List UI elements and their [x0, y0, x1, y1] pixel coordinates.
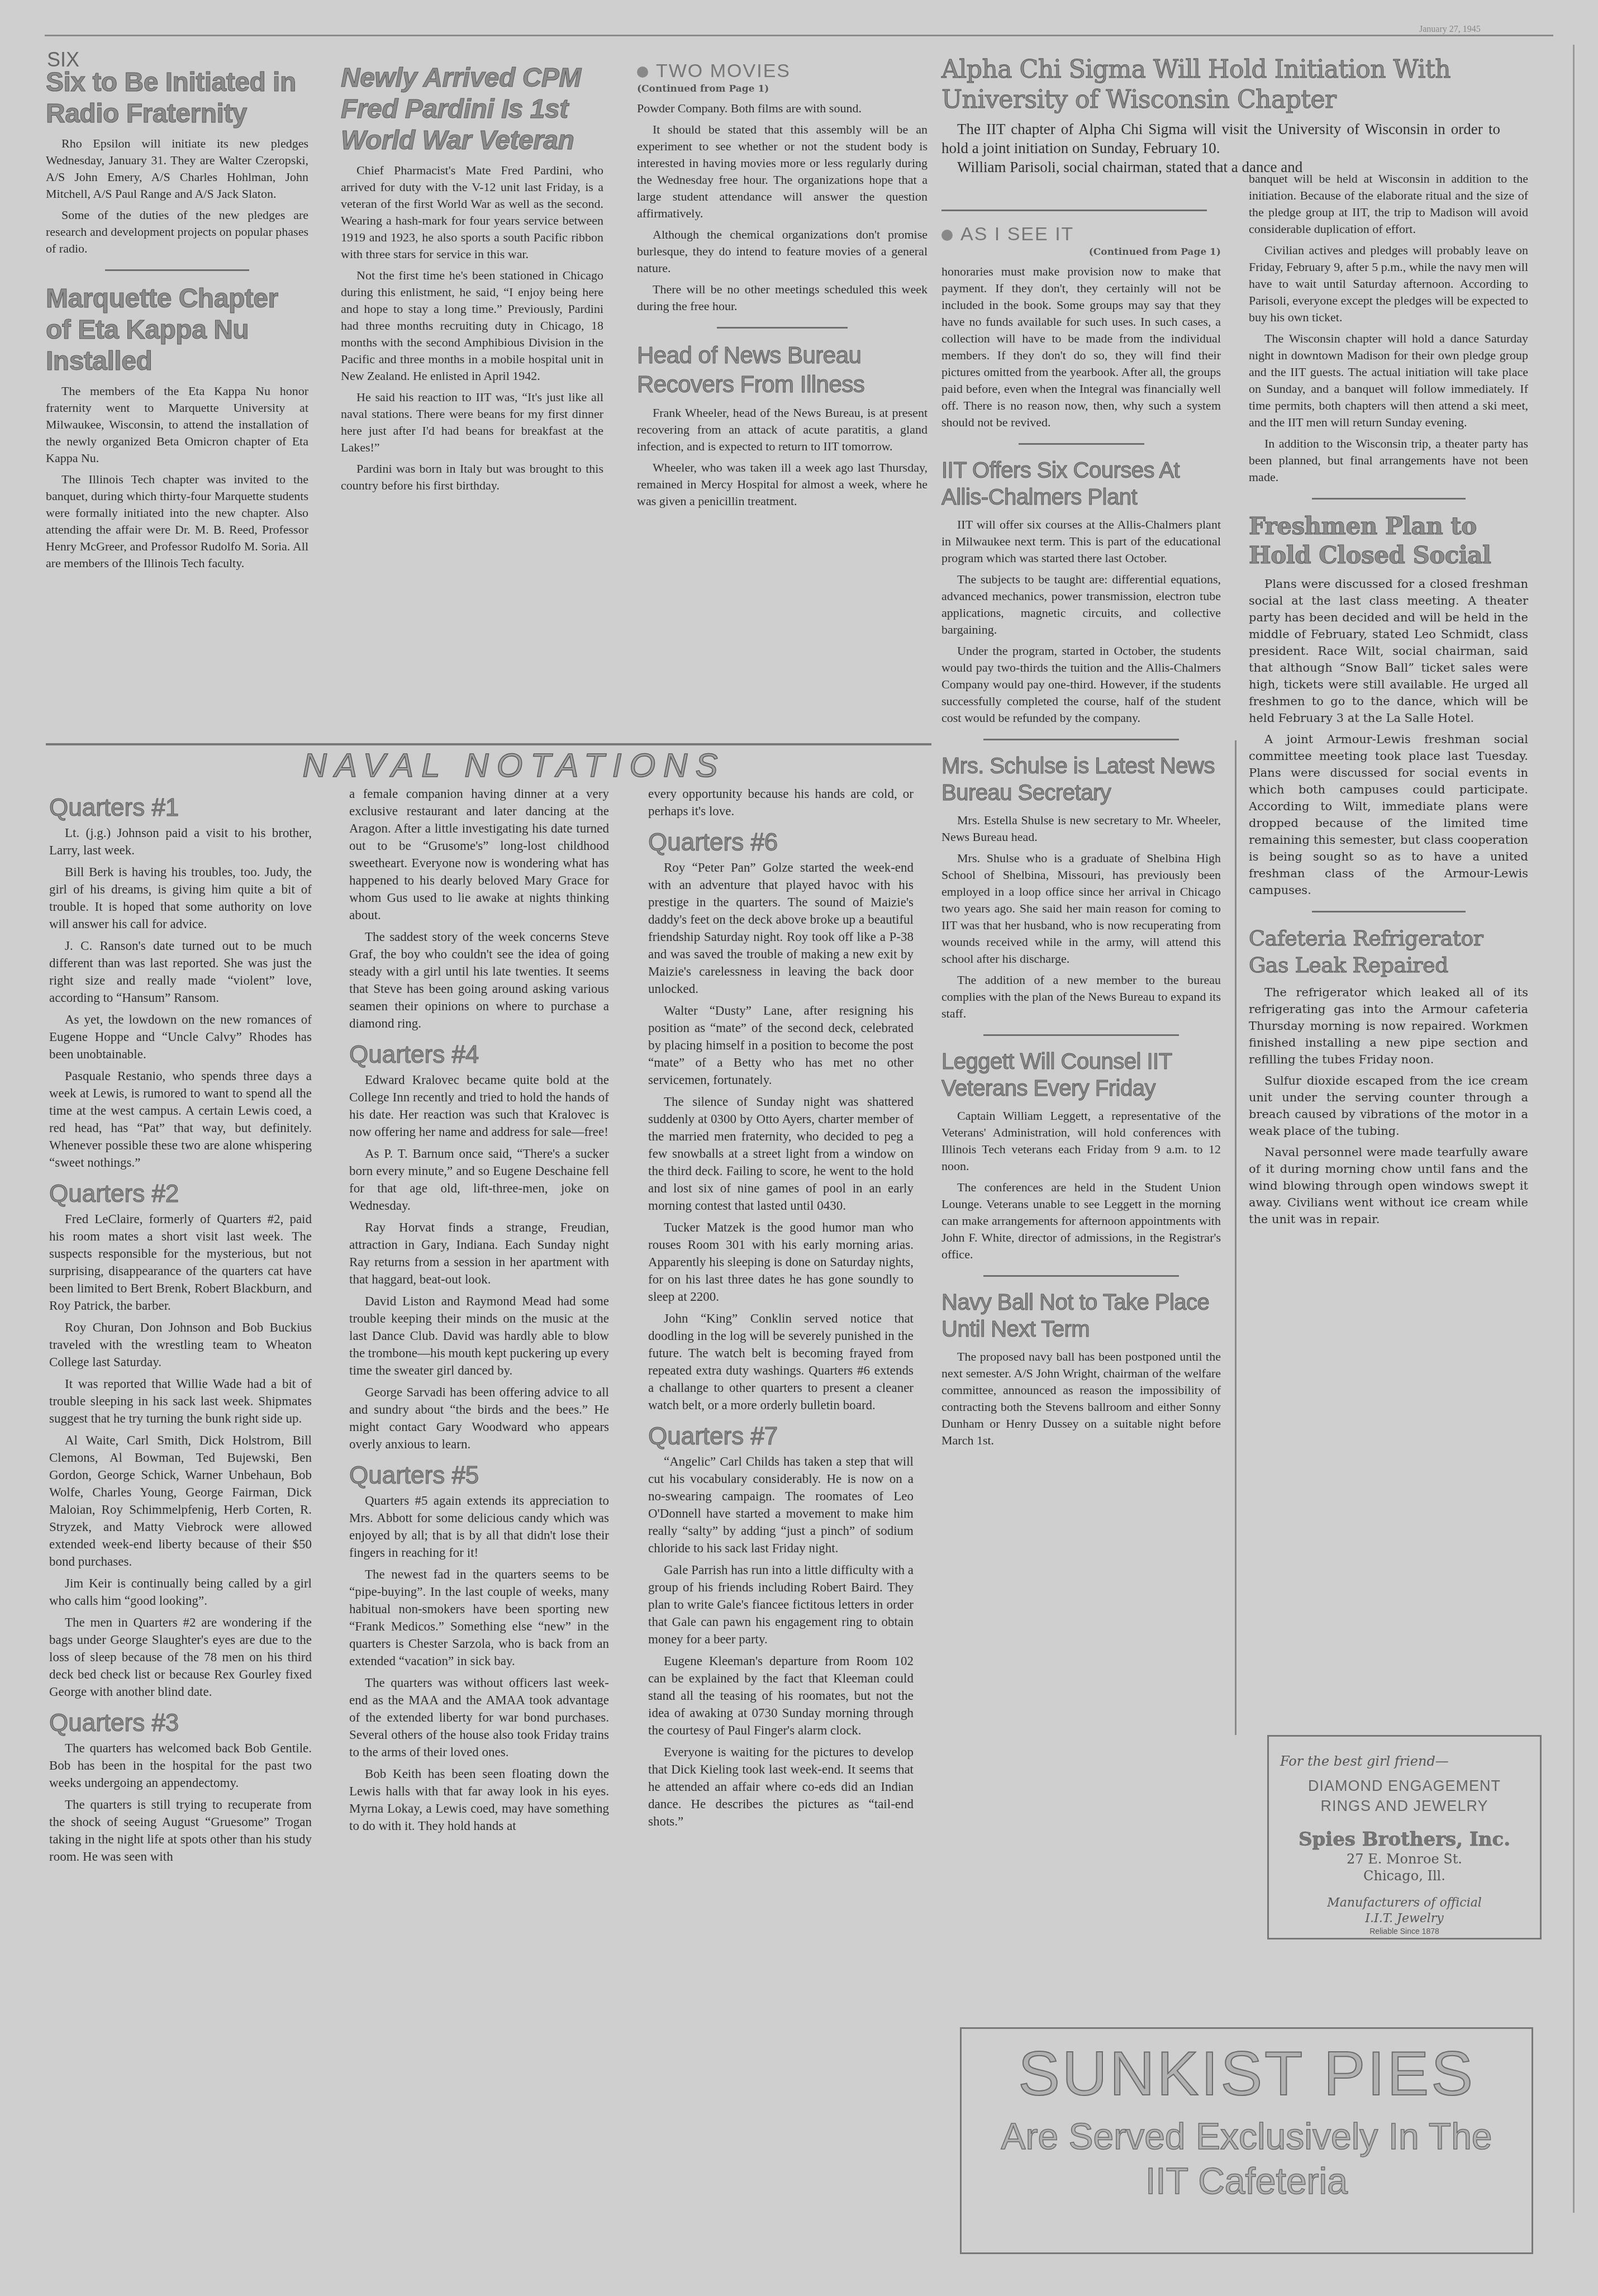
- ad-headline: SUNKIST PIES: [962, 2040, 1532, 2107]
- paragraph: IIT will offer six courses at the Allis-…: [941, 516, 1221, 567]
- article-radio-fraternity: Six to Be Initiated in Radio Fraternity …: [46, 67, 308, 257]
- headline: Cafeteria Refrigerator Gas Leak Repaired: [1249, 925, 1528, 978]
- separator: [983, 739, 1179, 740]
- paragraph: Captain William Leggett, a representativ…: [941, 1107, 1221, 1175]
- headline: Alpha Chi Sigma Will Hold Initiation Wit…: [941, 55, 1500, 115]
- paragraph: The Illinois Tech chapter was invited to…: [46, 471, 308, 572]
- continued-headline: TWO MOVIES: [637, 60, 928, 82]
- quarters-subhead: Quarters #7: [648, 1423, 914, 1451]
- article-leggett: Leggett Will Counsel IIT Veterans Every …: [941, 1048, 1221, 1263]
- paragraph: The members of the Eta Kappa Nu honor fr…: [46, 383, 308, 467]
- newspaper-page: SIX January 27, 1945 Six to Be Initiated…: [0, 0, 1598, 2296]
- column-1-top: Six to Be Initiated in Radio Fraternity …: [46, 67, 308, 576]
- headline: Head of News Bureau Recovers From Illnes…: [637, 341, 928, 399]
- separator: [717, 327, 848, 329]
- paragraph: Powder Company. Both films are with soun…: [637, 100, 928, 117]
- paragraph: Al Waite, Carl Smith, Dick Holstrom, Bil…: [49, 1432, 312, 1570]
- paragraph: The quarters has welcomed back Bob Genti…: [49, 1739, 312, 1791]
- headline: IIT Offers Six Courses At Allis-Chalmers…: [941, 457, 1221, 511]
- column-rule: [1235, 740, 1236, 1735]
- column-4: AS I SEE IT (Continued from Page 1) hono…: [941, 210, 1221, 1453]
- ad-line: DIAMOND ENGAGEMENT: [1269, 1776, 1540, 1796]
- paragraph: The newest fad in the quarters seems to …: [349, 1566, 609, 1670]
- paragraph: “Angelic” Carl Childs has taken a step t…: [648, 1453, 914, 1557]
- paragraph: Plans were discussed for a closed freshm…: [1249, 576, 1528, 726]
- paragraph: Chief Pharmacist's Mate Fred Pardini, wh…: [341, 162, 603, 263]
- paragraph: The quarters is still trying to recupera…: [49, 1796, 312, 1865]
- paragraph: Not the first time he's been stationed i…: [341, 267, 603, 384]
- paragraph: It should be stated that this assembly w…: [637, 121, 928, 222]
- article-allis-chalmers: IIT Offers Six Courses At Allis-Chalmers…: [941, 457, 1221, 726]
- continued-note: (Continued from Page 1): [637, 83, 928, 94]
- ad-address: 27 E. Monroe St.: [1269, 1851, 1540, 1867]
- ad-firm-name: Spies Brothers, Inc.: [1269, 1828, 1540, 1851]
- ad-line: IIT Cafeteria: [962, 2159, 1532, 2203]
- headline: Mrs. Schulse is Latest News Bureau Secre…: [941, 753, 1221, 806]
- naval-col-2: a female companion having dinner at a ve…: [349, 785, 609, 1839]
- column-5: banquet will be held at Wisconsin in add…: [1249, 170, 1528, 1232]
- paragraph: Rho Epsilon will initiate its new pledge…: [46, 135, 308, 202]
- paragraph: Civilian actives and pledges will probab…: [1249, 242, 1528, 326]
- paragraph: In addition to the Wisconsin trip, a the…: [1249, 435, 1528, 486]
- paragraph: Jim Keir is continually being called by …: [49, 1575, 312, 1609]
- ad-line: RINGS AND JEWELRY: [1269, 1796, 1540, 1816]
- paragraph: Wheeler, who was taken ill a week ago la…: [637, 459, 928, 510]
- paragraph: Bob Keith has been seen floating down th…: [349, 1765, 609, 1834]
- separator: [1312, 911, 1466, 912]
- paragraph: The refrigerator which leaked all of its…: [1249, 984, 1528, 1068]
- paragraph: The subjects to be taught are: different…: [941, 571, 1221, 638]
- paragraph: Eugene Kleeman's departure from Room 102…: [648, 1652, 914, 1739]
- ad-since: Reliable Since 1878: [1269, 1927, 1540, 1936]
- article-freshmen: Freshmen Plan to Hold Closed Social Plan…: [1249, 512, 1528, 899]
- bullet-icon: [941, 230, 953, 241]
- paragraph: The men in Quarters #2 are wondering if …: [49, 1614, 312, 1700]
- headline: Leggett Will Counsel IIT Veterans Every …: [941, 1048, 1221, 1102]
- paragraph: Quarters #5 again extends its appreciati…: [349, 1492, 609, 1561]
- paragraph: David Liston and Raymond Mead had some t…: [349, 1292, 609, 1379]
- quarters-subhead: Quarters #1: [49, 794, 312, 822]
- separator: [983, 1275, 1179, 1277]
- top-rule: [45, 35, 1553, 36]
- paragraph: Mrs. Shulse who is a graduate of Shelbin…: [941, 850, 1221, 967]
- separator: [1312, 498, 1466, 500]
- continued-headline: AS I SEE IT: [941, 224, 1221, 245]
- headline: Navy Ball Not to Take Place Until Next T…: [941, 1289, 1221, 1343]
- paragraph: The quarters was without officers last w…: [349, 1674, 609, 1761]
- article-pardini: Newly Arrived CPM Fred Pardini Is 1st Wo…: [341, 63, 603, 494]
- article-cafeteria: Cafeteria Refrigerator Gas Leak Repaired…: [1249, 925, 1528, 1228]
- paragraph: Under the program, started in October, t…: [941, 643, 1221, 726]
- article-news-bureau-head: Head of News Bureau Recovers From Illnes…: [637, 341, 928, 510]
- quarters-subhead: Quarters #3: [49, 1709, 312, 1737]
- ad-manufacturer: I.I.T. Jewelry: [1269, 1911, 1540, 1927]
- paragraph: John “King” Conklin served notice that d…: [648, 1310, 914, 1414]
- ad-address: Chicago, Ill.: [1269, 1867, 1540, 1884]
- naval-col-1: Quarters #1Lt. (j.g.) Johnson paid a vis…: [49, 785, 312, 1870]
- paragraph: honoraries must make provision now to ma…: [941, 263, 1221, 431]
- headline: Newly Arrived CPM Fred Pardini Is 1st Wo…: [341, 63, 603, 156]
- paragraph: every opportunity because his hands are …: [648, 785, 914, 820]
- issue-date: January 27, 1945: [1419, 25, 1481, 35]
- column-2-top: Newly Arrived CPM Fred Pardini Is 1st Wo…: [341, 63, 603, 498]
- paragraph: Lt. (j.g.) Johnson paid a visit to his b…: [49, 824, 312, 859]
- separator: [941, 210, 1207, 211]
- article-alpha-chi-sigma-body: banquet will be held at Wisconsin in add…: [1249, 170, 1528, 486]
- headline: Marquette Chapter of Eta Kappa Nu Instal…: [46, 283, 308, 377]
- paragraph: The proposed navy ball has been postpone…: [941, 1348, 1221, 1449]
- ad-sunkist-pies: SUNKIST PIES Are Served Exclusively In T…: [960, 2027, 1533, 2254]
- quarters-subhead: Quarters #5: [349, 1462, 609, 1490]
- paragraph: Gale Parrish has run into a little diffi…: [648, 1561, 914, 1648]
- paragraph: There will be no other meetings schedule…: [637, 281, 928, 315]
- paragraph: Some of the duties of the new pledges ar…: [46, 207, 308, 257]
- paragraph: a female companion having dinner at a ve…: [349, 785, 609, 924]
- paragraph: Walter “Dusty” Lane, after resigning his…: [648, 1002, 914, 1088]
- paragraph: Naval personnel were made tearfully awar…: [1249, 1144, 1528, 1228]
- paragraph: The conferences are held in the Student …: [941, 1179, 1221, 1263]
- paragraph: Although the chemical organizations don'…: [637, 226, 928, 277]
- paragraph: Sulfur dioxide escaped from the ice crea…: [1249, 1072, 1528, 1139]
- paragraph: Ray Horvat finds a strange, Freudian, at…: [349, 1219, 609, 1288]
- article-schulse: Mrs. Schulse is Latest News Bureau Secre…: [941, 753, 1221, 1022]
- naval-notations-banner: NAVAL NOTATIONS: [302, 746, 726, 785]
- ad-line: Are Served Exclusively In The: [962, 2114, 1532, 2159]
- paragraph: Roy “Peter Pan” Golze started the week-e…: [648, 859, 914, 997]
- paragraph: The Wisconsin chapter will hold a dance …: [1249, 330, 1528, 431]
- separator: [105, 269, 250, 271]
- alpha-chi-sigma-head: Alpha Chi Sigma Will Hold Initiation Wit…: [941, 55, 1500, 181]
- paragraph: He said his reaction to IIT was, “It's j…: [341, 389, 603, 456]
- paragraph: banquet will be held at Wisconsin in add…: [1249, 170, 1528, 237]
- paragraph: Mrs. Estella Shulse is new secretary to …: [941, 812, 1221, 845]
- column-3-top: TWO MOVIES (Continued from Page 1) Powde…: [637, 60, 928, 514]
- quarters-subhead: Quarters #2: [49, 1180, 312, 1208]
- paragraph: Pardini was born in Italy but was brough…: [341, 460, 603, 494]
- article-marquette: Marquette Chapter of Eta Kappa Nu Instal…: [46, 283, 308, 572]
- article-two-movies: TWO MOVIES (Continued from Page 1) Powde…: [637, 60, 928, 315]
- paragraph: The silence of Sunday night was shattere…: [648, 1093, 914, 1214]
- paragraph: Edward Kralovec became quite bold at the…: [349, 1071, 609, 1140]
- paragraph: The IIT chapter of Alpha Chi Sigma will …: [941, 120, 1500, 158]
- paragraph: Frank Wheeler, head of the News Bureau, …: [637, 405, 928, 455]
- paragraph: As P. T. Barnum once said, “There's a su…: [349, 1145, 609, 1214]
- paragraph: George Sarvadi has been offering advice …: [349, 1384, 609, 1453]
- naval-col-3: every opportunity because his hands are …: [648, 785, 914, 1834]
- separator: [983, 1034, 1179, 1036]
- paragraph: Everyone is waiting for the pictures to …: [648, 1743, 914, 1830]
- paragraph: The addition of a new member to the bure…: [941, 972, 1221, 1022]
- paragraph: Pasquale Restanio, who spends three days…: [49, 1067, 312, 1171]
- paragraph: Bill Berk is having his troubles, too. J…: [49, 863, 312, 933]
- paragraph: As yet, the lowdown on the new romances …: [49, 1011, 312, 1063]
- article-as-i-see-it: AS I SEE IT (Continued from Page 1) hono…: [941, 224, 1221, 431]
- headline: Freshmen Plan to Hold Closed Social: [1249, 512, 1528, 570]
- quarters-subhead: Quarters #6: [648, 829, 914, 857]
- ad-spies-brothers: For the best girl friend— DIAMOND ENGAGE…: [1267, 1735, 1542, 1940]
- continued-note: (Continued from Page 1): [953, 246, 1221, 258]
- separator: [1019, 443, 1144, 445]
- paragraph: Fred LeClaire, formerly of Quarters #2, …: [49, 1210, 312, 1314]
- ad-tagline: For the best girl friend—: [1280, 1753, 1540, 1769]
- paragraph: A joint Armour-Lewis freshman social com…: [1249, 731, 1528, 899]
- paragraph: It was reported that Willie Wade had a b…: [49, 1375, 312, 1427]
- ad-manufacturer: Manufacturers of official: [1269, 1895, 1540, 1911]
- quarters-subhead: Quarters #4: [349, 1041, 609, 1069]
- paragraph: Roy Churan, Don Johnson and Bob Buckius …: [49, 1319, 312, 1371]
- bullet-icon: [637, 66, 648, 78]
- section-rule: [46, 743, 931, 745]
- paragraph: J. C. Ranson's date turned out to be muc…: [49, 937, 312, 1006]
- article-navy-ball: Navy Ball Not to Take Place Until Next T…: [941, 1289, 1221, 1449]
- page-edge-rule: [1573, 45, 1575, 2213]
- headline: Six to Be Initiated in Radio Fraternity: [46, 67, 308, 130]
- paragraph: Tucker Matzek is the good humor man who …: [648, 1219, 914, 1305]
- paragraph: The saddest story of the week concerns S…: [349, 928, 609, 1032]
